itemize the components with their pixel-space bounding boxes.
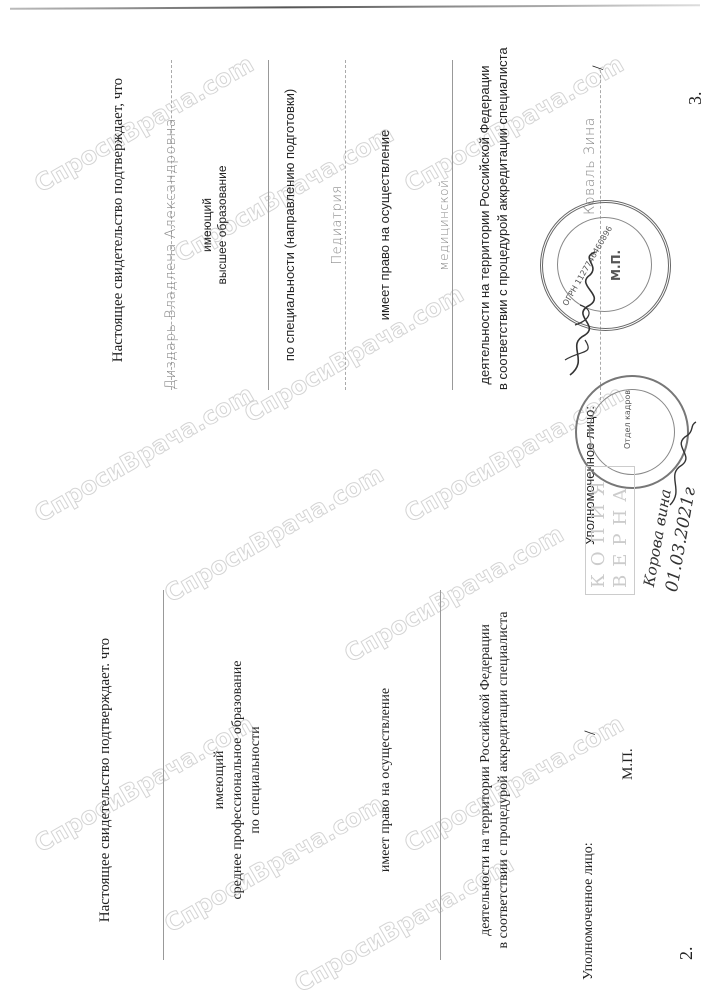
copy-seal-center: Отдел кадров — [623, 390, 632, 449]
right-label-p2: имеет право на осуществление — [378, 600, 394, 960]
education-p2: среднее профессиональное образование — [230, 600, 246, 960]
separator-slash-p2: / — [582, 731, 600, 735]
specialty-value: Педиатрия — [330, 60, 345, 390]
fill-line — [440, 590, 441, 960]
right-label-p3: имеет право на осуществление — [377, 60, 392, 390]
watermark: СпросиВрача.com — [160, 790, 389, 938]
specialty-label-p2: по специальности — [248, 600, 264, 960]
territory-line1-p2: деятельности на территории Российской Фе… — [478, 600, 494, 960]
watermark: СпросиВрача.com — [240, 280, 469, 428]
activity-type: медицинской — [437, 60, 451, 390]
fill-line — [452, 60, 453, 390]
seal-center: М.П. — [609, 250, 623, 281]
intro-text-p3: Настоящее свидетельство подтверждает, чт… — [110, 50, 127, 390]
fill-line — [268, 60, 269, 390]
authorized-label-p2: Уполномоченное лицо: — [581, 842, 597, 980]
scan-edge-line — [10, 4, 700, 10]
copy-verified-stamp: КОПИЯ ВЕРНА — [585, 466, 635, 595]
page-number-3: 3. — [685, 92, 706, 106]
specialty-label-p3: по специальности (направлению подготовки… — [282, 60, 297, 390]
signature-icon — [660, 420, 700, 510]
has-label-p2: имеющий — [212, 600, 228, 960]
education-p3: высшее образование — [215, 60, 229, 390]
watermark: СпросиВрача.com — [340, 520, 569, 668]
intro-text-p2: Настоящее свидетельство подтверждает. чт… — [97, 600, 114, 960]
watermark: СпросиВрача.com — [160, 460, 389, 608]
watermark: СпросиВрача.com — [30, 380, 259, 528]
signature-icon — [560, 250, 610, 380]
scanned-certificate: СпросиВрача.com СпросиВрача.com СпросиВр… — [0, 0, 727, 1000]
territory-line1-p3: деятельности на территории Российской Фе… — [477, 60, 492, 390]
page-number-2: 2. — [676, 947, 697, 961]
seal-placeholder-p2: М.П. — [620, 748, 637, 780]
separator-slash-p3: / — [590, 66, 608, 70]
full-name: Диздарь Владлена Александровна — [163, 90, 179, 390]
territory-line2-p3: в соответствии с процедурой аккредитации… — [495, 60, 510, 390]
fill-line — [345, 60, 346, 390]
territory-line2-p2: в соответствии с процедурой аккредитации… — [496, 600, 512, 960]
has-label-p3: имеющий — [200, 60, 214, 390]
fill-line — [163, 590, 164, 960]
